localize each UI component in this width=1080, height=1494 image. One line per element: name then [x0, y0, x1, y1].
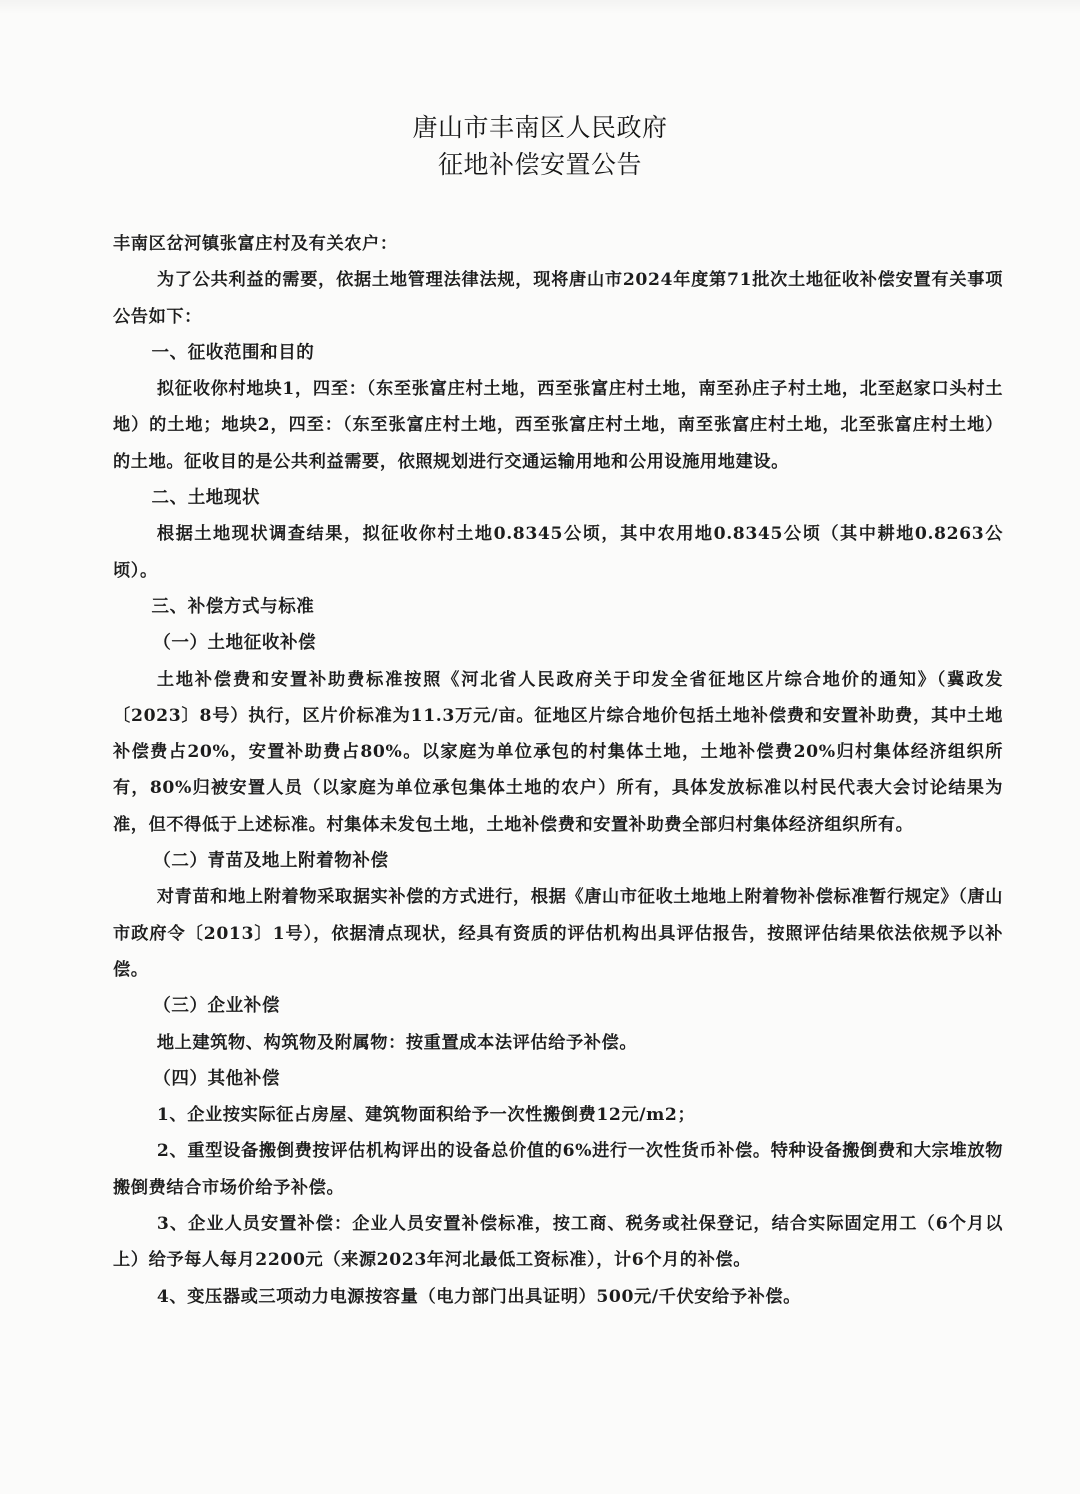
other-item-2: 2、重型设备搬倒费按评估机构评出的设备总价值的6%进行一次性货币补偿。特种设备搬…	[113, 1133, 1003, 1206]
subsection-heading-crops-attachments: （二）青苗及地上附着物补偿	[113, 843, 1003, 879]
land-compensation-paragraph: 土地补偿费和安置补助费标准按照《河北省人民政府关于印发全省征地区片综合地价的通知…	[113, 662, 1003, 843]
crops-attachments-paragraph: 对青苗和地上附着物采取据实补偿的方式进行，根据《唐山市征收土地地上附着物补偿标准…	[113, 879, 1003, 988]
section-heading-compensation: 三、补偿方式与标准	[113, 589, 1003, 625]
document-body: 丰南区岔河镇张富庄村及有关农户： 为了公共利益的需要，依据土地管理法律法规，现将…	[113, 226, 1003, 1315]
other-item-4: 4、变压器或三项动力电源按容量（电力部门出具证明）500元/千伏安给予补偿。	[113, 1279, 1003, 1315]
addressee: 丰南区岔河镇张富庄村及有关农户：	[113, 226, 1003, 262]
subsection-heading-enterprise: （三）企业补偿	[113, 988, 1003, 1024]
scanned-page: 唐山市丰南区人民政府 征地补偿安置公告 丰南区岔河镇张富庄村及有关农户： 为了公…	[0, 0, 1080, 1494]
intro-paragraph: 为了公共利益的需要，依据土地管理法律法规，现将唐山市2024年度第71批次土地征…	[113, 262, 1003, 335]
section-heading-land-status: 二、土地现状	[113, 480, 1003, 516]
document-title-authority: 唐山市丰南区人民政府	[0, 108, 1080, 144]
document-title-subject: 征地补偿安置公告	[0, 145, 1080, 181]
other-item-3: 3、企业人员安置补偿：企业人员安置补偿标准，按工商、税务或社保登记，结合实际固定…	[113, 1206, 1003, 1279]
other-item-1: 1、企业按实际征占房屋、建筑物面积给予一次性搬倒费12元/m2；	[113, 1097, 1003, 1133]
land-status-paragraph: 根据土地现状调查结果，拟征收你村土地0.8345公顷，其中农用地0.8345公顷…	[113, 516, 1003, 589]
section-heading-scope: 一、征收范围和目的	[113, 335, 1003, 371]
scope-paragraph: 拟征收你村地块1，四至：（东至张富庄村土地，西至张富庄村土地，南至孙庄子村土地，…	[113, 371, 1003, 480]
subsection-heading-other: （四）其他补偿	[113, 1061, 1003, 1097]
subsection-heading-land-compensation: （一）土地征收补偿	[113, 625, 1003, 661]
enterprise-paragraph: 地上建筑物、构筑物及附属物：按重置成本法评估给予补偿。	[113, 1025, 1003, 1061]
